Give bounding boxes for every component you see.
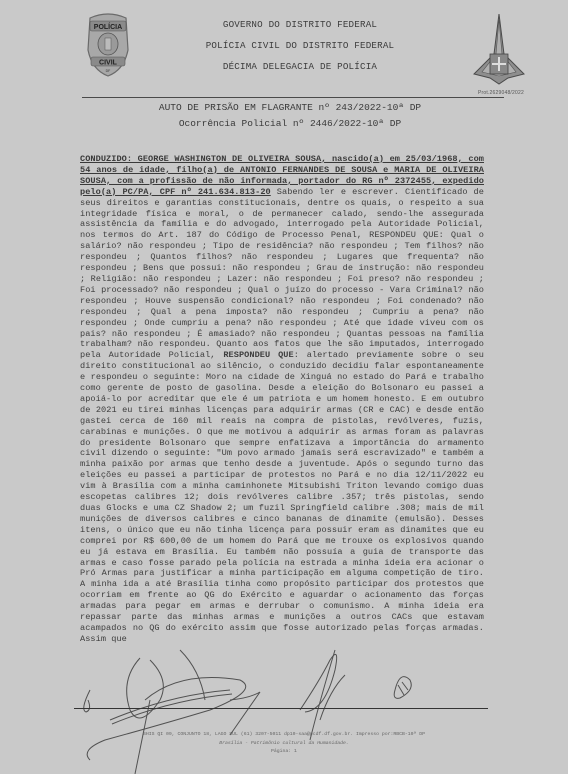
police-occurrence-title: Ocorrência Policial nº 2446/2022-10ª DP <box>120 116 460 132</box>
document-footer: SHIS QI 09, CONJUNTO 18, LAGO SUL (61) 3… <box>0 731 568 757</box>
header-line-government: GOVERNO DO DISTRITO FEDERAL <box>150 14 450 35</box>
footer-address: SHIS QI 09, CONJUNTO 18, LAGO SUL (61) 3… <box>0 731 568 740</box>
signature-line <box>74 708 488 709</box>
header-line-police: POLÍCIA CIVIL DO DISTRITO FEDERAL <box>150 35 450 56</box>
protocol-number: Prot.2629048/2022 <box>478 90 524 96</box>
svg-text:DF: DF <box>106 69 111 73</box>
document-page: POLÍCIA CIVIL DF GOVERNO DO DISTRITO FED… <box>0 0 568 774</box>
footer-heritage: Brasília - Patrimônio cultural da Humani… <box>0 740 568 749</box>
brasilia-crest-icon <box>468 14 530 86</box>
interrogation-text: Sabendo ler e escrever. Cientificado de … <box>80 187 484 361</box>
page-number: Página: 1 <box>0 748 568 757</box>
arrest-record-title: AUTO DE PRISÃO EM FLAGRANTE nº 243/2022-… <box>120 100 460 116</box>
header-divider <box>82 97 504 98</box>
statement-text: : alertado previamente sobre o seu direi… <box>80 350 484 644</box>
government-heading: GOVERNO DO DISTRITO FEDERAL POLÍCIA CIVI… <box>150 14 450 77</box>
header-line-precinct: DÉCIMA DELEGACIA DE POLÍCIA <box>150 56 450 77</box>
responded-label: RESPONDEU QUE <box>223 350 293 360</box>
svg-text:POLÍCIA: POLÍCIA <box>94 22 122 31</box>
police-badge-icon: POLÍCIA CIVIL DF <box>84 12 132 78</box>
testimony-body: CONDUZIDO: GEORGE WASHINGTON DE OLIVEIRA… <box>80 154 484 645</box>
document-titles: AUTO DE PRISÃO EM FLAGRANTE nº 243/2022-… <box>120 100 460 132</box>
svg-text:CIVIL: CIVIL <box>99 60 118 67</box>
document-header: POLÍCIA CIVIL DF GOVERNO DO DISTRITO FED… <box>0 0 568 100</box>
